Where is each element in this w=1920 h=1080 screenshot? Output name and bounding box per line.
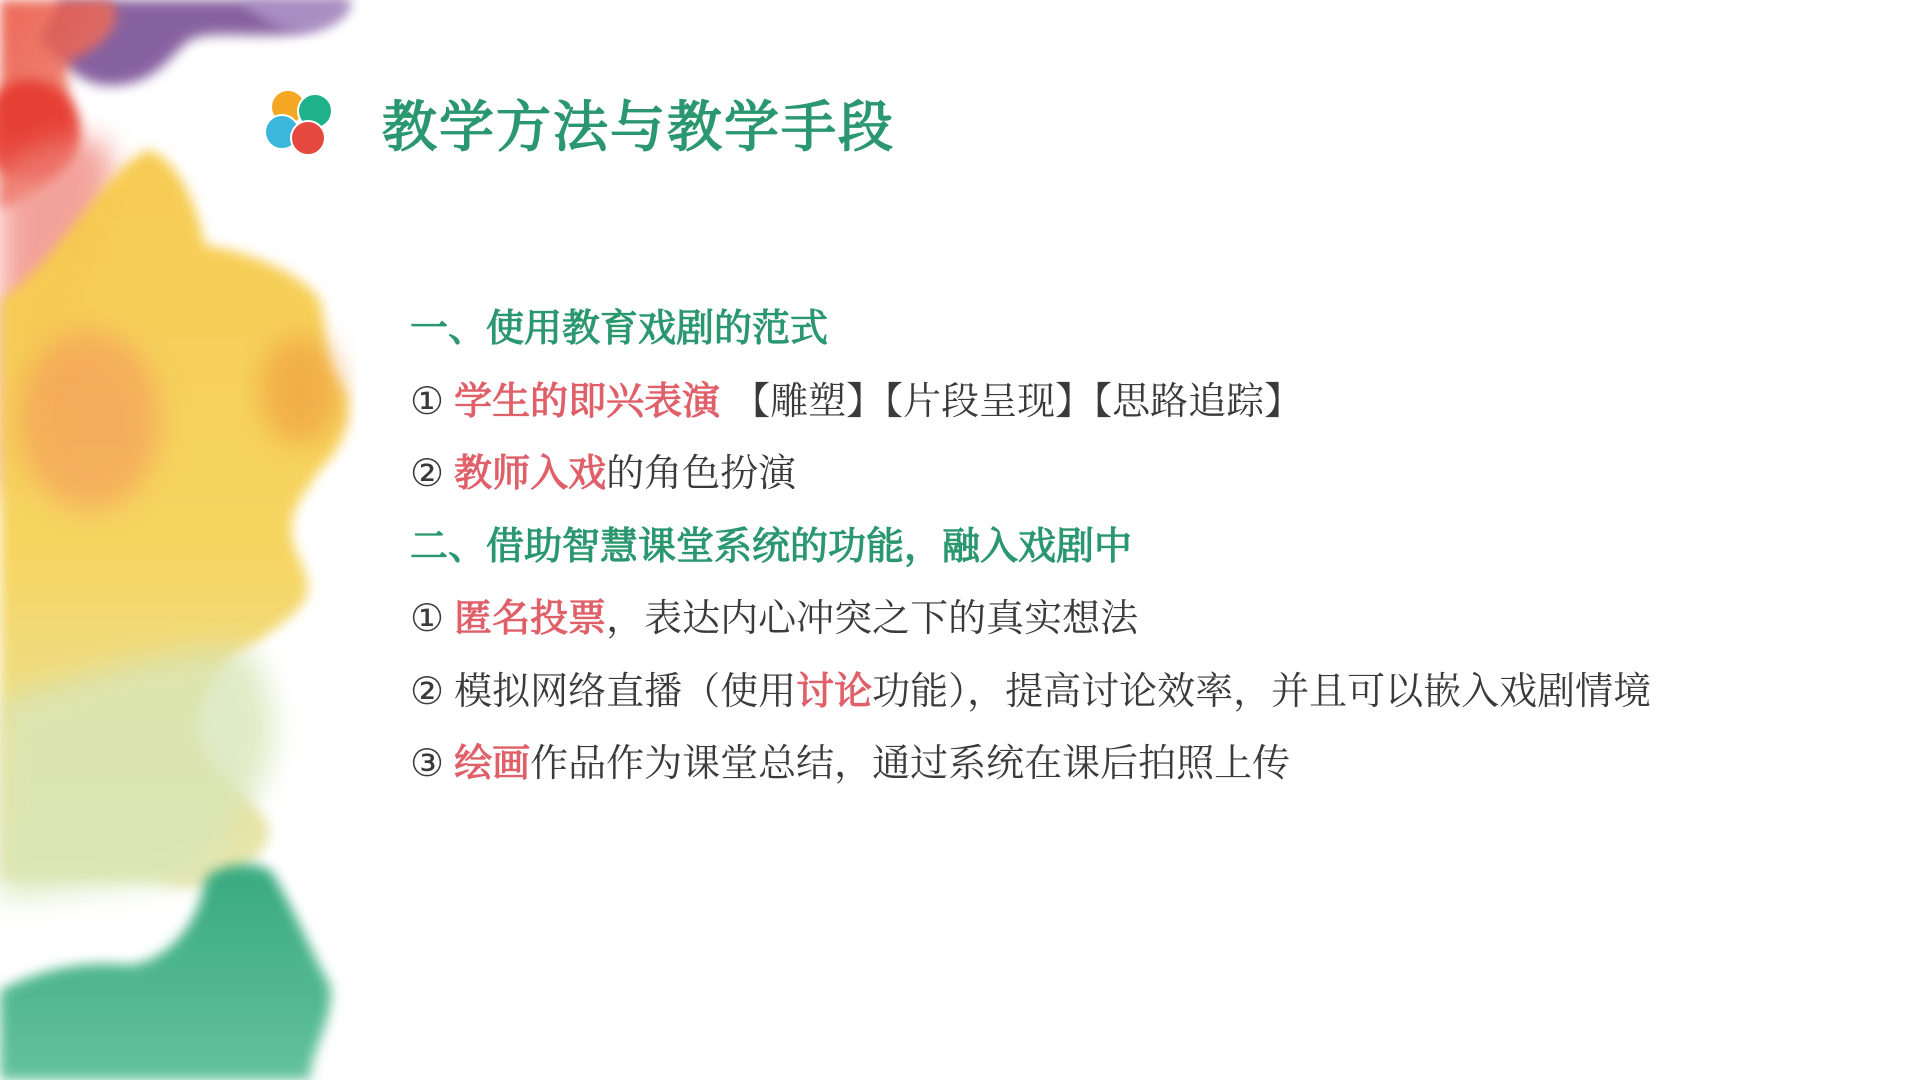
highlight-text: 绘画	[454, 741, 530, 785]
list-item: ②模拟网络直播（使用讨论功能），提高讨论效率，并且可以嵌入戏剧情境	[410, 655, 1651, 728]
item-number: ②	[410, 655, 444, 728]
slide-title: 教学方法与教学手段	[382, 92, 895, 162]
slide-content: 一、使用教育戏剧的范式 ①学生的即兴表演 【雕塑】【片段呈现】【思路追踪】 ②教…	[410, 292, 1651, 800]
item-number: ①	[410, 582, 444, 655]
four-petal-flower-icon	[262, 86, 338, 158]
highlight-text: 匿名投票	[454, 596, 606, 640]
list-item: ①学生的即兴表演 【雕塑】【片段呈现】【思路追踪】	[410, 365, 1651, 438]
highlight-text: 讨论	[796, 669, 872, 713]
highlight-text: 学生的即兴表演	[454, 379, 720, 423]
item-text: 功能），提高讨论效率，并且可以嵌入戏剧情境	[872, 669, 1651, 713]
list-item: ①匿名投票，表达内心冲突之下的真实想法	[410, 582, 1651, 655]
item-text: 模拟网络直播（使用	[454, 669, 796, 713]
list-item: ②教师入戏的角色扮演	[410, 437, 1651, 510]
item-number: ②	[410, 437, 444, 510]
item-number: ①	[410, 365, 444, 438]
item-text: 的角色扮演	[606, 451, 796, 495]
highlight-text: 教师入戏	[454, 451, 606, 495]
section-heading: 二、借助智慧课堂系统的功能，融入戏剧中	[410, 510, 1651, 583]
watercolor-background	[0, 0, 420, 1080]
item-text: ，表达内心冲突之下的真实想法	[606, 596, 1138, 640]
section-heading: 一、使用教育戏剧的范式	[410, 292, 1651, 365]
item-text: 【雕塑】【片段呈现】【思路追踪】	[720, 379, 1302, 423]
item-number: ③	[410, 727, 444, 800]
list-item: ③绘画作品作为课堂总结，通过系统在课后拍照上传	[410, 727, 1651, 800]
item-text: 作品作为课堂总结，通过系统在课后拍照上传	[530, 741, 1290, 785]
